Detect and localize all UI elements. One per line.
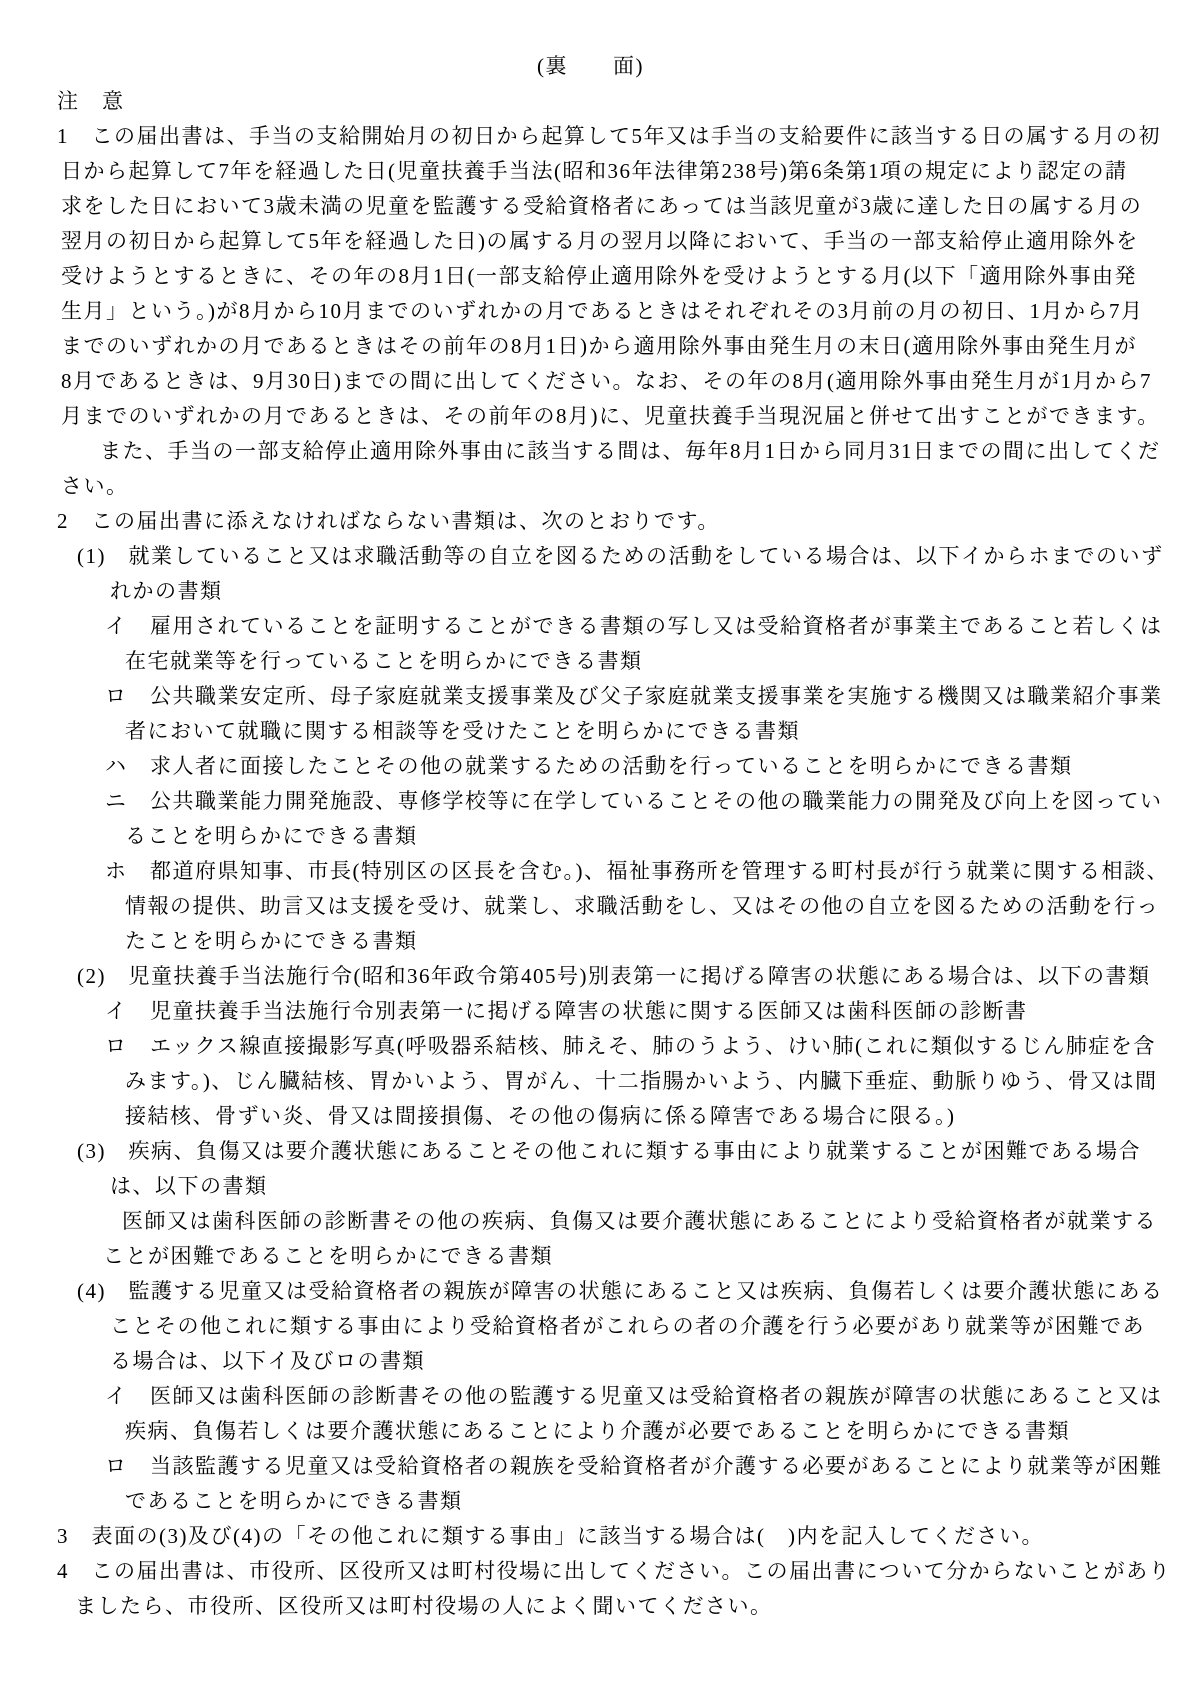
text-line: 日から起算して7年を経過した日(児童扶養手当法(昭和36年法律第238号)第6条… [0,154,1181,189]
text-line: イ 児童扶養手当法施行令別表第一に掲げる障害の状態に関する医師又は歯科医師の診断… [0,994,1181,1029]
text-line: 在宅就業等を行っていることを明らかにできる書類 [0,644,1181,679]
text-line: (1) 就業していること又は求職活動等の自立を図るための活動をしている場合は、以… [0,539,1181,574]
text-line: れかの書類 [0,574,1181,609]
text-line: 受けようとするときに、その年の8月1日(一部支給停止適用除外を受けようとする月(… [0,259,1181,294]
text-line: 者において就職に関する相談等を受けたことを明らかにできる書類 [0,714,1181,749]
text-line: ましたら、市役所、区役所又は町村役場の人によく聞いてください。 [0,1589,1181,1624]
text-line: さい。 [0,469,1181,504]
text-line: 3 表面の(3)及び(4)の「その他これに類する事由」に該当する場合は( )内を… [0,1519,1181,1554]
text-line: 接結核、骨ずい炎、骨又は間接損傷、その他の傷病に係る障害である場合に限る。) [0,1099,1181,1134]
text-line: ロ 公共職業安定所、母子家庭就業支援事業及び父子家庭就業支援事業を実施する機関又… [0,679,1181,714]
text-line: イ 雇用されていることを証明することができる書類の写し又は受給資格者が事業主であ… [0,609,1181,644]
text-line: ハ 求人者に面接したことその他の就業するための活動を行っていることを明らかにでき… [0,749,1181,784]
text-line: ニ 公共職業能力開発施設、専修学校等に在学していることその他の職業能力の開発及び… [0,784,1181,819]
text-line: は、以下の書類 [0,1169,1181,1204]
text-line: 医師又は歯科医師の診断書その他の疾病、負傷又は要介護状態にあることにより受給資格… [0,1204,1181,1239]
text-line: 4 この届出書は、市役所、区役所又は町村役場に出してください。この届出書について… [0,1554,1181,1589]
text-line: みます。)、じん臓結核、胃かいよう、胃がん、十二指腸かいよう、内臓下垂症、動脈り… [0,1064,1181,1099]
document-page: (裏 面) 注 意 1 この届出書は、手当の支給開始月の初日から起算して5年又は… [0,0,1181,1695]
text-line: ることを明らかにできる書類 [0,819,1181,854]
text-line: 1 この届出書は、手当の支給開始月の初日から起算して5年又は手当の支給要件に該当… [0,119,1181,154]
notes-heading: 注 意 [0,84,1181,119]
text-line: イ 医師又は歯科医師の診断書その他の監護する児童又は受給資格者の親族が障害の状態… [0,1379,1181,1414]
text-line: 情報の提供、助言又は支援を受け、就業し、求職活動をし、又はその他の自立を図るため… [0,889,1181,924]
text-line: ことその他これに類する事由により受給資格者がこれらの者の介護を行う必要があり就業… [0,1309,1181,1344]
text-line: たことを明らかにできる書類 [0,924,1181,959]
page-title: (裏 面) [0,49,1181,84]
text-line: ロ 当該監護する児童又は受給資格者の親族を受給資格者が介護する必要があることによ… [0,1449,1181,1484]
text-line: 8月であるときは、9月30日)までの間に出してください。なお、その年の8月(適用… [0,364,1181,399]
text-line: 翌月の初日から起算して5年を経過した日)の属する月の翌月以降において、手当の一部… [0,224,1181,259]
text-line: また、手当の一部支給停止適用除外事由に該当する間は、毎年8月1日から同月31日ま… [0,434,1181,469]
text-line: 疾病、負傷若しくは要介護状態にあることにより介護が必要であることを明らかにできる… [0,1414,1181,1449]
text-line: 2 この届出書に添えなければならない書類は、次のとおりです。 [0,504,1181,539]
text-line: 月までのいずれかの月であるときは、その前年の8月)に、児童扶養手当現況届と併せて… [0,399,1181,434]
text-line: る場合は、以下イ及びロの書類 [0,1344,1181,1379]
text-line: であることを明らかにできる書類 [0,1484,1181,1519]
text-line: (2) 児童扶養手当法施行令(昭和36年政令第405号)別表第一に掲げる障害の状… [0,959,1181,994]
notes-body: 1 この届出書は、手当の支給開始月の初日から起算して5年又は手当の支給要件に該当… [0,119,1181,1624]
text-line: ホ 都道府県知事、市長(特別区の区長を含む。)、福祉事務所を管理する町村長が行う… [0,854,1181,889]
text-line: (3) 疾病、負傷又は要介護状態にあることその他これに類する事由により就業するこ… [0,1134,1181,1169]
text-line: ことが困難であることを明らかにできる書類 [0,1239,1181,1274]
text-line: 求をした日において3歳未満の児童を監護する受給資格者にあっては当該児童が3歳に達… [0,189,1181,224]
text-line: ロ エックス線直接撮影写真(呼吸器系結核、肺えそ、肺のうよう、けい肺(これに類似… [0,1029,1181,1064]
text-line: (4) 監護する児童又は受給資格者の親族が障害の状態にあること又は疾病、負傷若し… [0,1274,1181,1309]
text-line: までのいずれかの月であるときはその前年の8月1日)から適用除外事由発生月の末日(… [0,329,1181,364]
text-line: 生月」という。)が8月から10月までのいずれかの月であるときはそれぞれその3月前… [0,294,1181,329]
